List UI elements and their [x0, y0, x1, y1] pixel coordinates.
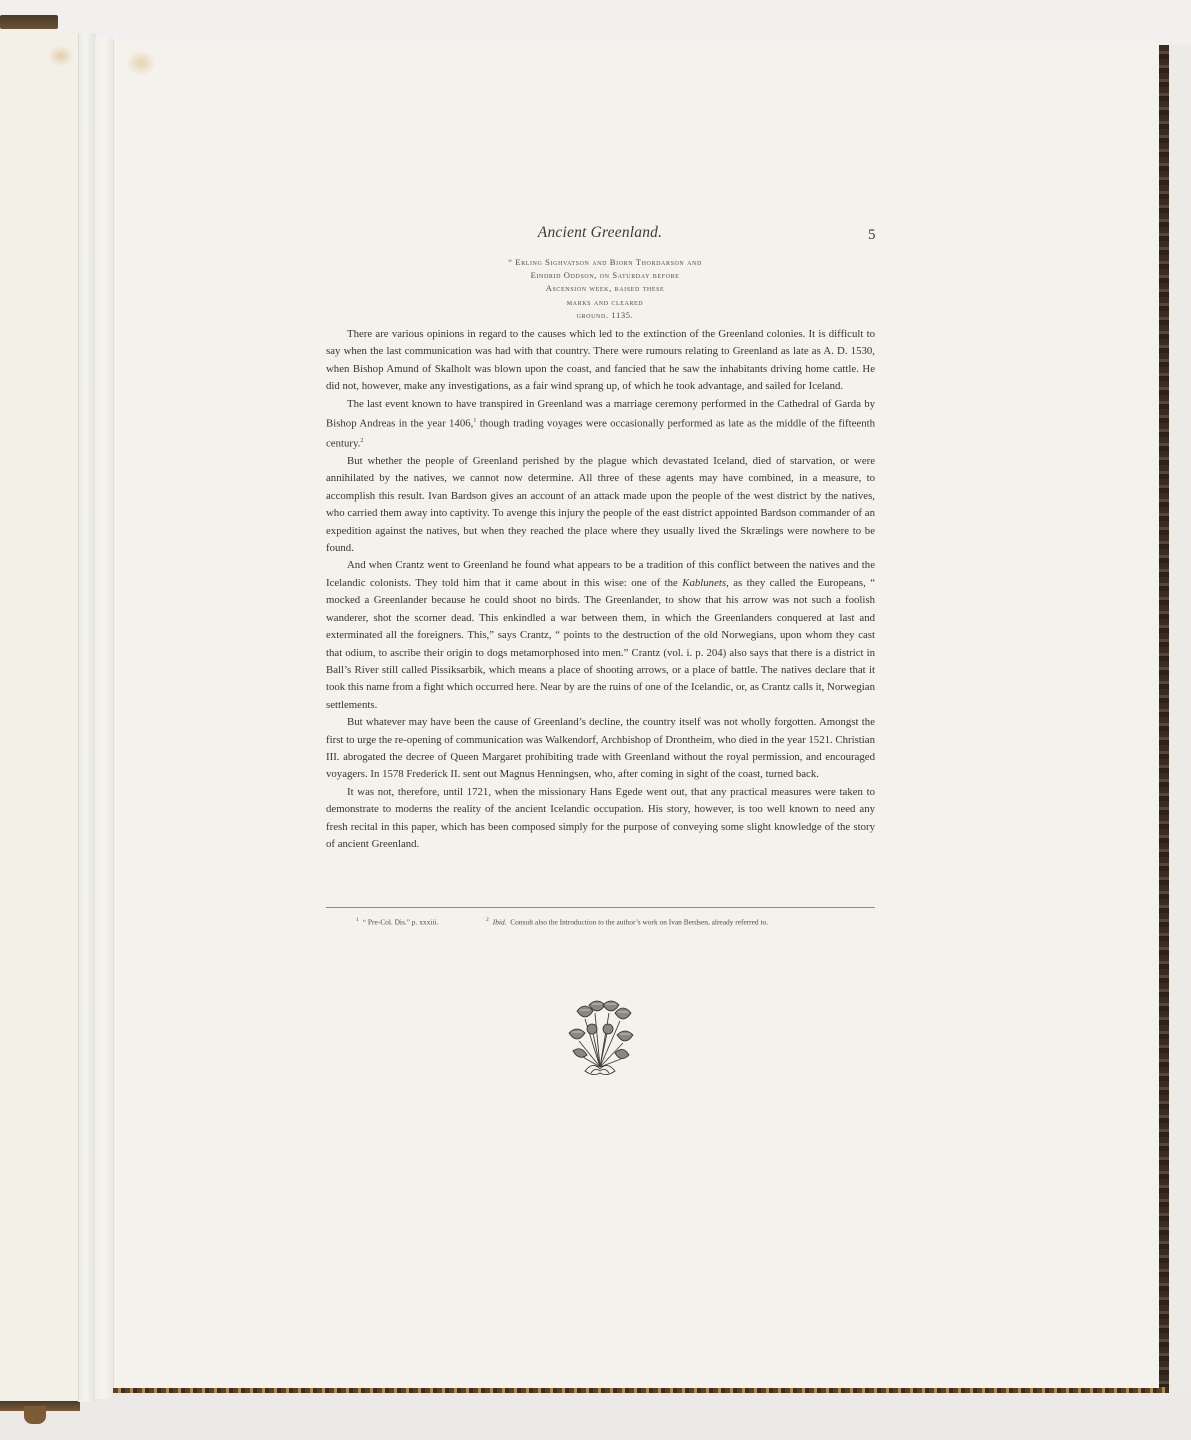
inscription-line: Ascension week, raised these — [440, 282, 770, 295]
left-cover-edge — [0, 15, 58, 29]
left-page — [0, 29, 80, 1403]
body-text: There are various opinions in regard to … — [326, 326, 875, 853]
paragraph: But whatever may have been the cause of … — [326, 714, 875, 784]
footnote-2: 2Ibid. Consult also the Introduction to … — [486, 917, 768, 926]
background-bottom — [0, 1392, 1191, 1440]
runic-inscription-translation: “ Erling Sighvatson and Biorn Thordarson… — [440, 256, 770, 322]
footnote-1: 1“ Pre-Col. Dis.” p. xxxiii. — [356, 917, 438, 926]
running-head: Ancient Greenland. — [480, 224, 720, 242]
thistle-flower-ornament-icon — [565, 999, 635, 1079]
binding-hinge-inner — [95, 37, 113, 1399]
inscription-line: “ Erling Sighvatson and Biorn Thordarson… — [440, 256, 770, 269]
paragraph: The last event known to have transpired … — [326, 396, 875, 453]
paragraph: But whether the people of Greenland peri… — [326, 453, 875, 557]
foxing-stain — [48, 45, 74, 67]
background-top — [0, 0, 1191, 45]
inscription-line: marks and cleared — [440, 296, 770, 309]
paragraph: There are various opinions in regard to … — [326, 326, 875, 396]
page-number: 5 — [868, 227, 876, 244]
footnote-divider — [326, 907, 875, 908]
inscription-line: ground. 1135. — [440, 309, 770, 322]
cover-damage — [24, 1406, 46, 1424]
paragraph: And when Crantz went to Greenland he fou… — [326, 557, 875, 714]
paragraph: It was not, therefore, until 1721, when … — [326, 784, 875, 854]
binding-hinge — [78, 33, 96, 1402]
footnote-ref[interactable]: 2 — [360, 438, 363, 444]
foxing-stain — [126, 50, 156, 76]
italic-term: Kablunets — [682, 577, 726, 589]
inscription-line: Eindrid Oddson, on Saturday before — [440, 269, 770, 282]
